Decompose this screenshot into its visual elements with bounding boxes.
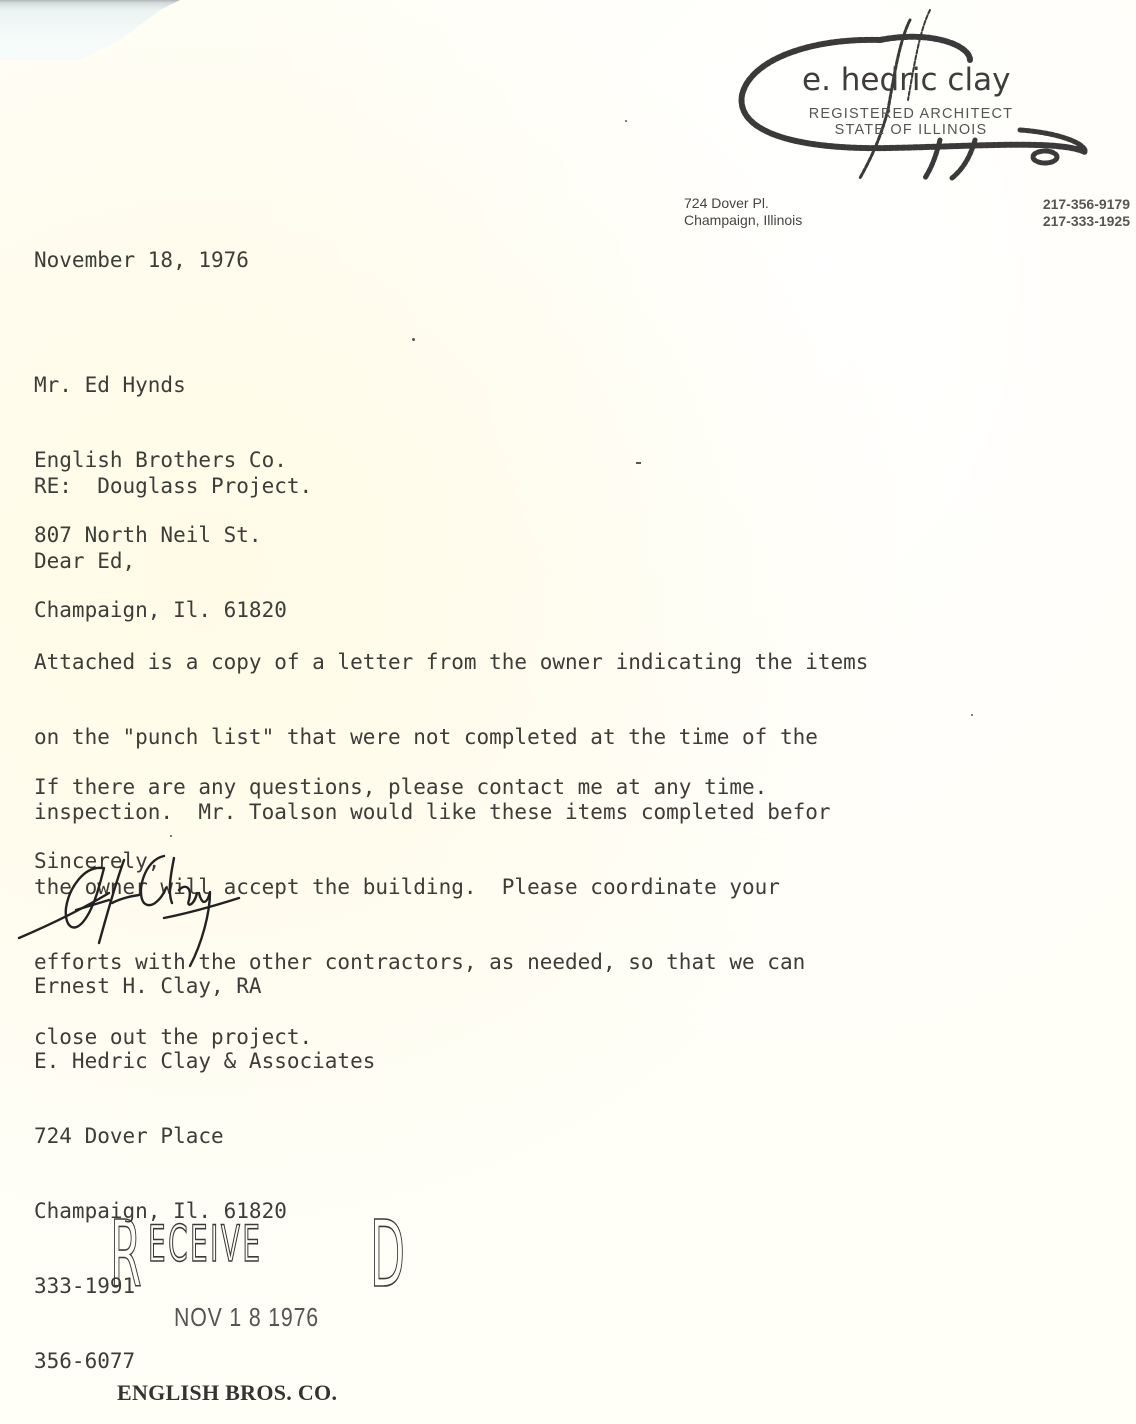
paper-speck (636, 462, 641, 464)
body-line: inspection. Mr. Toalson would like these… (34, 800, 868, 825)
paper-speck (412, 338, 415, 341)
signature-line: 356-6077 (34, 1349, 375, 1374)
body-line: on the "punch list" that were not comple… (34, 725, 868, 750)
handwritten-signature (14, 848, 244, 978)
recipient-line: English Brothers Co. (34, 448, 287, 473)
received-stamp: R ECEIVE D (110, 1213, 408, 1297)
letterhead: e. hedric clay REGISTERED ARCHITECT STAT… (700, 0, 1136, 240)
body-line: Attached is a copy of a letter from the … (34, 650, 868, 675)
signature-line: E. Hedric Clay & Associates (34, 1049, 375, 1074)
letterhead-phone2: 217-333-1925 (1043, 213, 1130, 230)
firm-name: e. hedric clay (802, 62, 1010, 98)
subject-line: RE: Douglass Project. (34, 474, 312, 499)
firm-subtitle-line1: REGISTERED ARCHITECT (800, 106, 1022, 122)
firm-subtitle: REGISTERED ARCHITECT STATE OF ILLINOIS (800, 106, 1022, 138)
salutation: Dear Ed, (34, 549, 135, 574)
recipient-line: 807 North Neil St. (34, 523, 287, 548)
letterhead-phones: 217-356-9179 217-333-1925 (1043, 196, 1130, 230)
received-stamp-company: ENGLISH BROS. CO. (117, 1380, 337, 1406)
received-stamp-last-letter: D (370, 1213, 391, 1297)
received-stamp-first-letter: R (110, 1213, 131, 1297)
recipient-line: Mr. Ed Hynds (34, 373, 287, 398)
letterhead-address-line2: Champaign, Illinois (684, 212, 802, 229)
received-stamp-date: NOV 1 8 1976 (174, 1302, 319, 1333)
paper-speck (971, 714, 973, 716)
signature-line: 724 Dover Place (34, 1124, 375, 1149)
letterhead-address-line1: 724 Dover Pl. (684, 195, 802, 212)
paper-speck (170, 835, 172, 837)
received-stamp-middle: ECEIVE (148, 1219, 286, 1269)
firm-subtitle-line2: STATE OF ILLINOIS (800, 122, 1022, 138)
letterhead-address: 724 Dover Pl. Champaign, Illinois (684, 195, 802, 229)
paper-speck (625, 120, 627, 122)
letterhead-phone1: 217-356-9179 (1043, 196, 1130, 213)
letter-date: November 18, 1976 (34, 248, 249, 273)
body-paragraph-2: If there are any questions, please conta… (34, 775, 767, 800)
